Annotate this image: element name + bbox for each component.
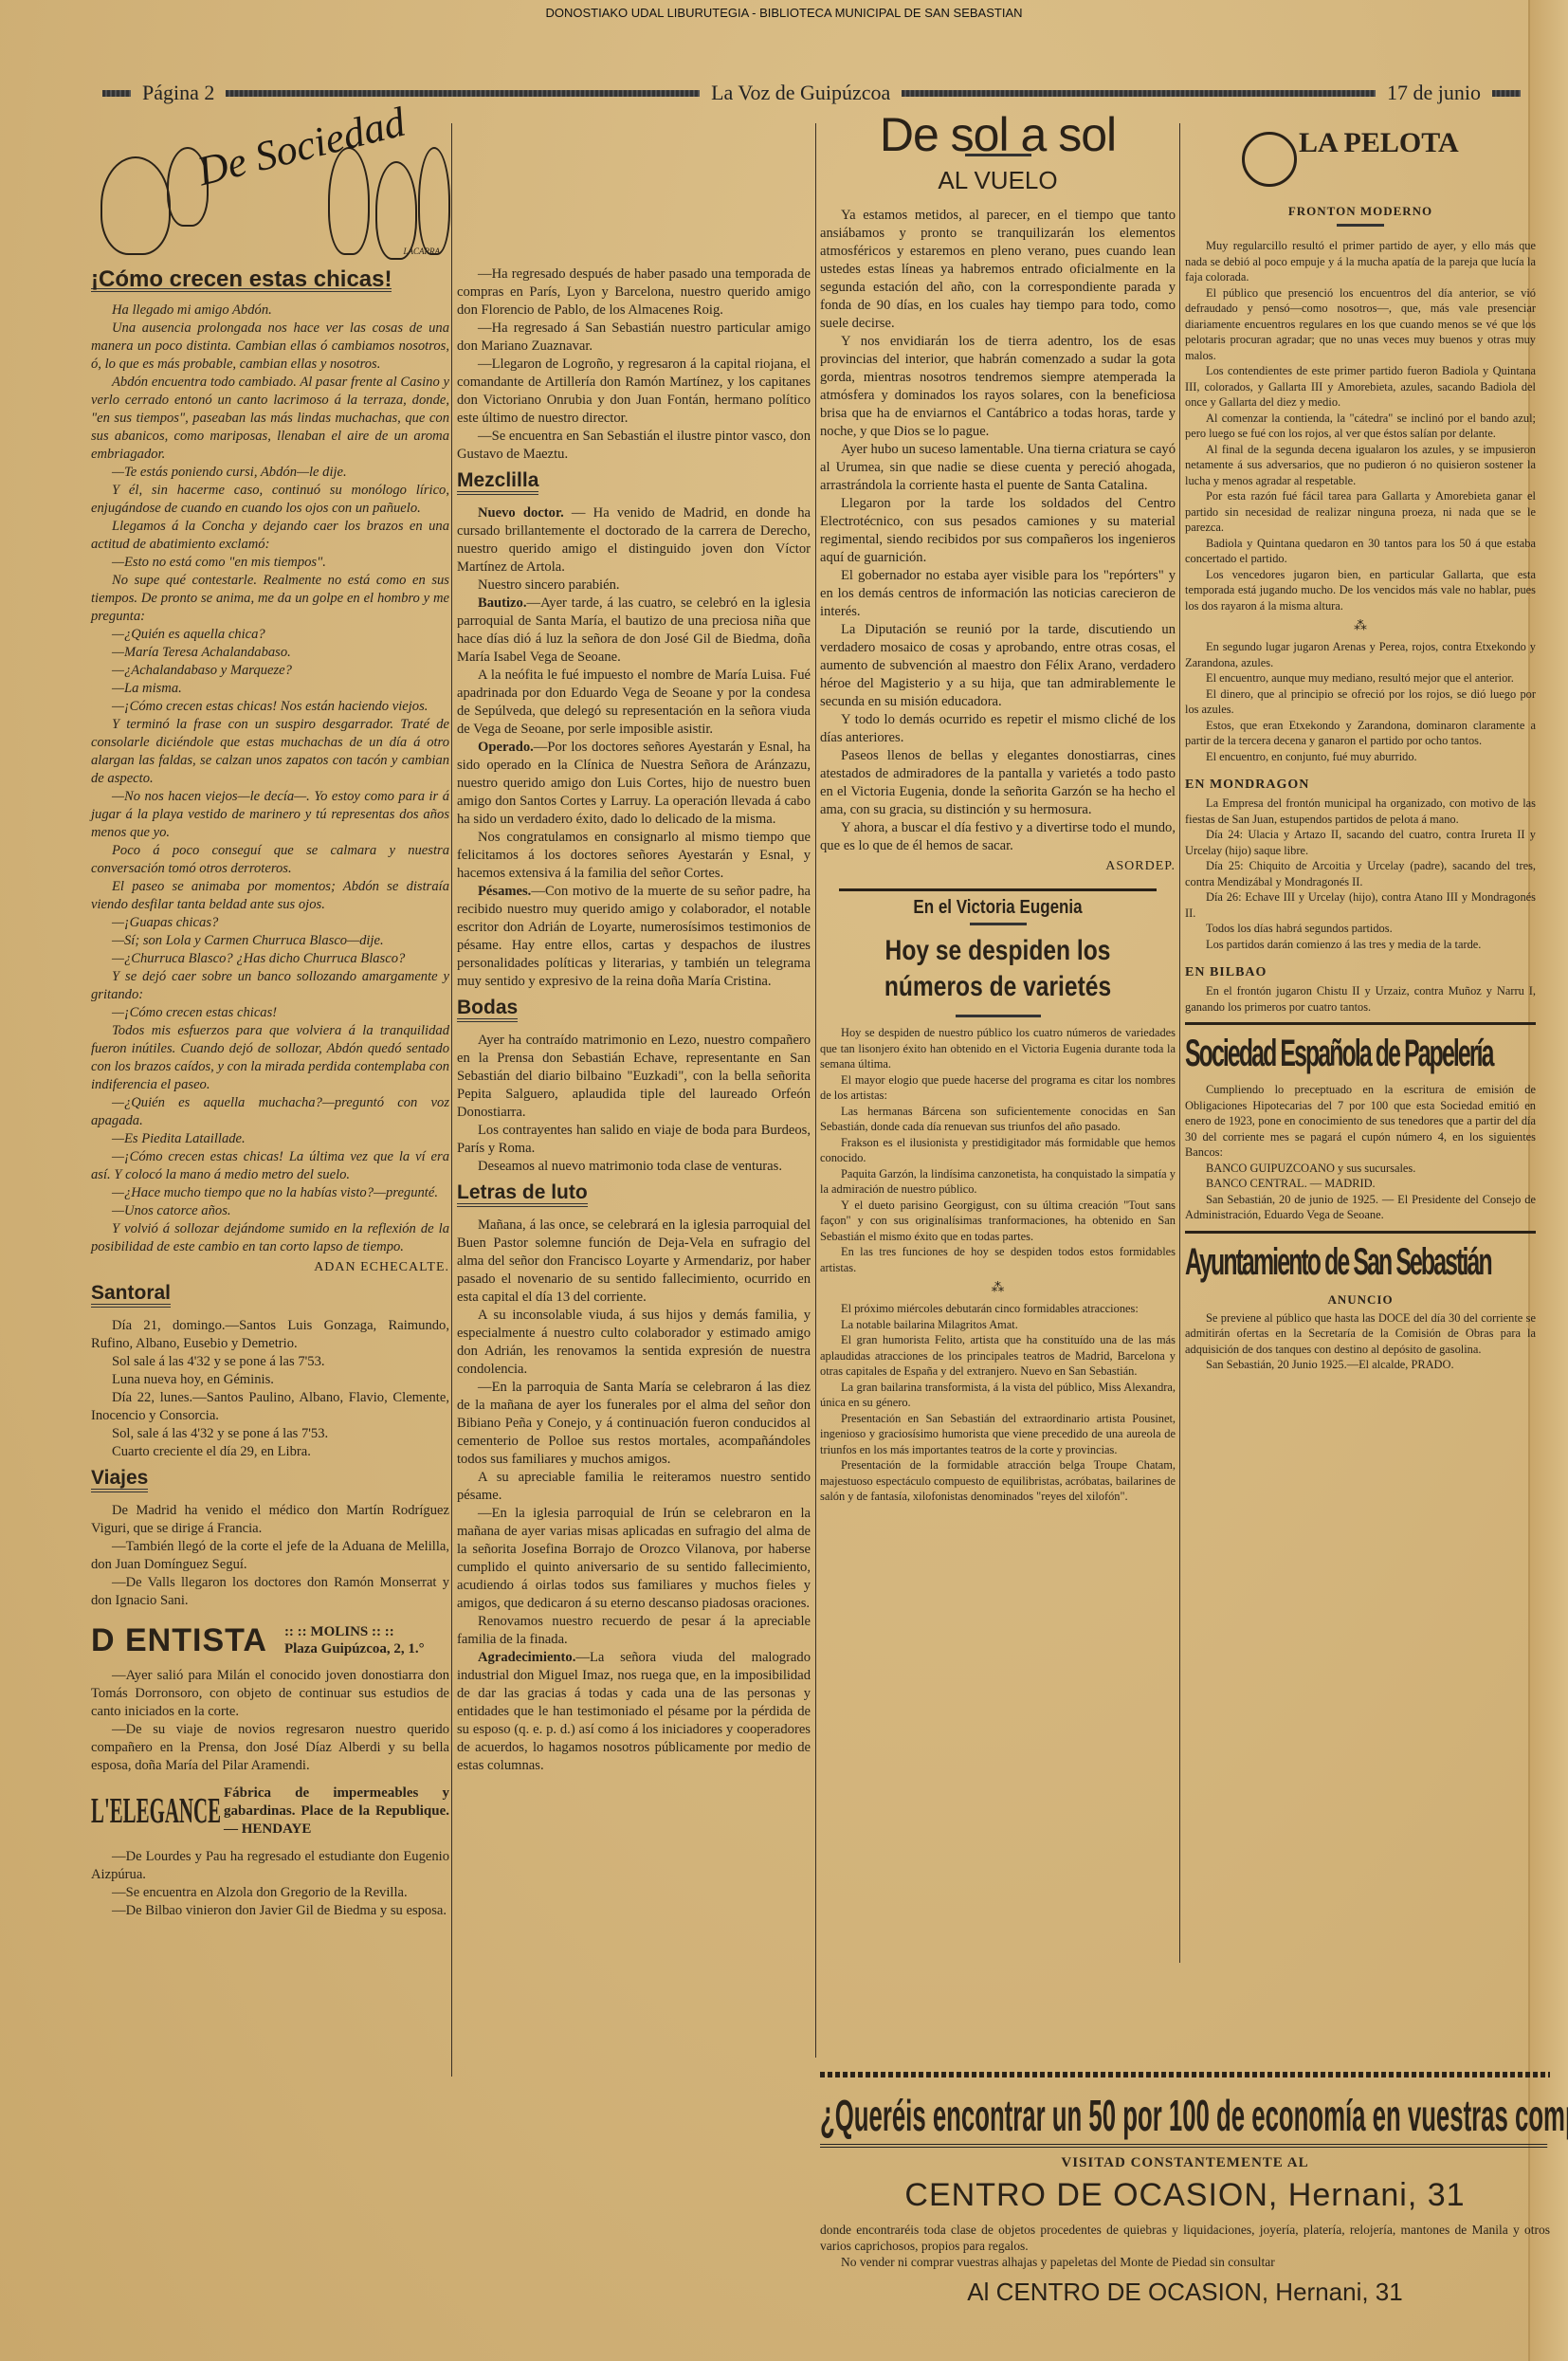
paragraph: —Se encuentra en Alzola don Gregorio de … [91,1884,449,1902]
victoria-kicker: En el Victoria Eugenia [847,899,1149,917]
paragraph: No supe qué contestarle. Realmente no es… [91,572,449,626]
masthead: Página 2 La Voz de Guipúzcoa 17 de junio [91,82,1532,104]
paragraph: El paseo se animaba por momentos; Abdón … [91,878,449,914]
paragraph: Y se dejó caer sobre un banco sollozando… [91,968,449,1004]
divider [839,888,1157,891]
dentista-details: :: :: MOLINS :: :: Plaza Guipúzcoa, 2, 1… [284,1623,425,1657]
section-subtitle: AL VUELO [820,172,1176,190]
ad-centro: CENTRO DE OCASION, Hernani, 31 [820,2177,1550,2214]
viajes-body: De Madrid ha venido el médico don Martín… [91,1502,449,1610]
masthead-rule [902,90,1376,97]
paragraph: —Ha regresado á San Sebastián nuestro pa… [457,320,811,356]
paragraph: Ayer hubo un suceso lamentable. Una tier… [820,441,1176,495]
paragraph: —¿Quién es aquella muchacha?—preguntó co… [91,1094,449,1130]
ayuntamiento-body: Se previene al público que hasta las DOC… [1185,1310,1536,1373]
divider [956,1015,1041,1017]
paragraph: —No nos hacen viejos—le decía—. Yo estoy… [91,788,449,842]
paragraph: Todos los días habrá segundos partidos. [1185,921,1536,937]
paragraph: Al comenzar la contienda, la "cátedra" s… [1185,411,1536,442]
paragraph: —Unos catorce años. [91,1202,449,1220]
paragraph: A su apreciable familia le reiteramos nu… [457,1469,811,1505]
paragraph: Y terminó la frase con un suspiro desgar… [91,716,449,788]
paragraph: El mayor elogio que puede hacerse del pr… [820,1072,1176,1104]
paragraph: —Ha regresado después de haber pasado un… [457,265,811,320]
masthead-rule [1492,90,1521,97]
paragraph: Bautizo.—Ayer tarde, á las cuatro, se ce… [457,595,811,667]
paragraph-lead: Nuevo doctor. [478,505,564,521]
paragraph: —Llegaron de Logroño, y regresaron á la … [457,356,811,428]
paragraph: La notable bailarina Milagritos Amat. [820,1317,1176,1333]
paragraph: Día 26: Echave III y Urcelay (hijo), con… [1185,889,1536,921]
papeleria-title: Sociedad Española de Papelería [1185,1033,1402,1074]
column-divider [815,123,816,2058]
paragraph: —María Teresa Achalandabaso. [91,644,449,662]
paragraph: —En la iglesia parroquial de Irún se cel… [457,1505,811,1613]
paragraph: —De Valls llegaron los doctores don Ramó… [91,1574,449,1610]
paragraph-lead: Agradecimiento. [478,1650,575,1665]
pelota-ball-icon [1242,132,1297,187]
paragraph: El gobernador no estaba ayer visible par… [820,567,1176,621]
elegance-ad: L'ELEGANCE Fábrica de impermeables y gab… [91,1784,449,1839]
paragraph: Agradecimiento.—La señora viuda del malo… [457,1649,811,1775]
paragraph: Nuestro sincero parabién. [457,577,811,595]
society-notes: —Ha regresado después de haber pasado un… [457,265,811,464]
paragraph: San Sebastián, 20 de junio de 1925. — El… [1185,1192,1536,1223]
paragraph: Y todo lo demás ocurrido es repetir el m… [820,711,1176,747]
section-title-bodas: Bodas [457,998,518,1022]
paragraph: La gran bailarina transformista, á la vi… [820,1380,1176,1411]
paragraph: Abdón encuentra todo cambiado. Al pasar … [91,374,449,464]
paragraph: Sol sale á las 4'32 y se pone á las 7'53… [91,1353,449,1371]
paragraph: Los contrayentes han salido en viaje de … [457,1122,811,1158]
paragraph: El gran humorista Felito, artista que ha… [820,1332,1176,1380]
paragraph: —En la parroquia de Santa María se celeb… [457,1379,811,1469]
illustration-figure-icon [418,147,450,255]
paragraph: Mañana, á las once, se celebrará en la i… [457,1217,811,1307]
paragraph-lead: Operado. [478,740,534,755]
article-title: ¡Cómo crecen estas chicas! [91,270,392,292]
paragraph: Y él, sin hacerme caso, continuó su monó… [91,482,449,518]
newspaper-name: La Voz de Guipúzcoa [711,81,890,105]
column-society-2: —Ha regresado después de haber pasado un… [457,265,811,1775]
paragraph: El próximo miércoles debutarán cinco for… [820,1301,1176,1317]
paragraph: —De Lourdes y Pau ha regresado el estudi… [91,1848,449,1884]
paragraph: Y nos envidiarán los de tierra adentro, … [820,333,1176,441]
paragraph: Cuarto creciente el día 29, en Libra. [91,1443,449,1461]
ad-centro-2: Al CENTRO DE OCASION, Hernani, 31 [820,2278,1550,2307]
paragraph: Día 22, lunes.—Santos Paulino, Albano, F… [91,1389,449,1425]
paragraph: Llegaron por la tarde los soldados del C… [820,495,1176,567]
al-vuelo-body: Ya estamos metidos, al parecer, en el ti… [820,207,1176,855]
paragraph: —¿Quién es aquella chica? [91,626,449,644]
paragraph: Sol, sale á las 4'32 y se pone á las 7'5… [91,1425,449,1443]
viajes-end: —De Lourdes y Pau ha regresado el estudi… [91,1848,449,1920]
paragraph: Estos, que eran Etxekondo y Zarandona, d… [1185,718,1536,749]
paragraph: Presentación en San Sebastián del extrao… [820,1411,1176,1458]
article-body: Ha llegado mi amigo Abdón.Una ausencia p… [91,302,449,1256]
illustration-figure-icon [328,147,370,255]
paragraph: Ha llegado mi amigo Abdón. [91,302,449,320]
paragraph: Muy regularcillo resultó el primer parti… [1185,238,1536,285]
column-divider [451,123,452,2077]
paragraph: Frakson es el ilusionista y prestidigita… [820,1135,1176,1166]
paragraph: Ayer ha contraído matrimonio en Lezo, nu… [457,1032,811,1122]
paragraph: —¿Churruca Blasco? ¿Has dicho Churruca B… [91,950,449,968]
elegance-name: L'ELEGANCE [91,1803,164,1821]
paragraph: Deseamos al nuevo matrimonio toda clase … [457,1158,811,1176]
asterism-icon: ⁂ [820,1279,1176,1297]
mondragon-title: EN MONDRAGON [1185,776,1536,794]
paragraph: La Empresa del frontón municipal ha orga… [1185,796,1536,827]
asterism-icon: ⁂ [1185,617,1536,635]
paragraph: —Se encuentra en San Sebastián el ilustr… [457,428,811,464]
ad-body-2: No vender ni comprar vuestras alhajas y … [820,2254,1550,2270]
section-title-de-sol-a-sol: De sol a sol [820,126,1176,144]
pelota-body-2: En segundo lugar jugaron Arenas y Perea,… [1185,639,1536,764]
article-signature: ASORDEP. [820,857,1176,875]
paragraph: —La misma. [91,680,449,698]
paragraph: Por esta razón fué fácil tarea para Gall… [1185,488,1536,536]
la-pelota-banner: LA PELOTA [1185,119,1536,194]
dentista-address: Plaza Guipúzcoa, 2, 1.° [284,1641,425,1656]
paragraph: —¿Achalandabaso y Marqueze? [91,662,449,680]
paragraph: La Diputación se reunió por la tarde, di… [820,621,1176,711]
paragraph: Renovamos nuestro recuerdo de pesar á la… [457,1613,811,1649]
luto-body: Mañana, á las once, se celebrará en la i… [457,1217,811,1775]
bilbao-title: EN BILBAO [1185,963,1536,981]
paragraph: Paquita Garzón, la lindísima canzonetist… [820,1166,1176,1198]
paragraph: Llegamos á la Concha y dejando caer los … [91,518,449,554]
mezclilla-body: Nuevo doctor. — Ha venido de Madrid, en … [457,504,811,991]
venue-title: FRONTON MODERNO [1185,202,1536,220]
paragraph: Y volvió á sollozar dejándome sumido en … [91,1220,449,1256]
dentista-name: D ENTISTA [91,1632,267,1650]
masthead-rule [226,90,700,97]
bodas-body: Ayer ha contraído matrimonio en Lezo, nu… [457,1032,811,1176]
paragraph: Se previene al público que hasta las DOC… [1185,1310,1536,1358]
victoria-body-2: El próximo miércoles debutarán cinco for… [820,1301,1176,1505]
paragraph: Día 25: Chiquito de Arcoitia y Urcelay (… [1185,858,1536,889]
paragraph: El público que presenció los encuentros … [1185,285,1536,364]
illustrator-signature: LACARRA [404,243,441,261]
section-title-de-sociedad: De Sociedad [196,112,407,181]
paragraph: Hoy se despiden de nuestro público los c… [820,1025,1176,1072]
column-divider [1179,123,1180,1963]
paragraph: —¡Cómo crecen estas chicas! Nos están ha… [91,698,449,716]
column-de-sol-a-sol: De sol a sol AL VUELO Ya estamos metidos… [820,119,1176,1505]
paragraph: Ya estamos metidos, al parecer, en el ti… [820,207,1176,333]
paragraph: San Sebastián, 20 Junio 1925.—El alcalde… [1185,1357,1536,1373]
library-banner: DONOSTIAKO UDAL LIBURUTEGIA - BIBLIOTECA… [0,6,1568,20]
paragraph: —Sí; son Lola y Carmen Churruca Blasco—d… [91,932,449,950]
paragraph: A la neófita le fué impuesto el nombre d… [457,667,811,739]
paragraph: —¡Cómo crecen estas chicas! La última ve… [91,1148,449,1184]
victoria-body: Hoy se despiden de nuestro público los c… [820,1025,1176,1275]
paragraph: Cumpliendo lo preceptuado en la escritur… [1185,1082,1536,1161]
divider [1337,224,1384,227]
paragraph: De Madrid ha venido el médico don Martín… [91,1502,449,1538]
paragraph: En las tres funciones de hoy se despiden… [820,1244,1176,1275]
paragraph: Una ausencia prolongada nos hace ver las… [91,320,449,374]
viajes-continued: —Ayer salió para Milán el conocido joven… [91,1667,449,1775]
elegance-text: Fábrica de impermeables y gabardinas. Pl… [224,1784,449,1839]
paragraph: BANCO GUIPUZCOANO y sus sucursales. [1185,1161,1536,1177]
paragraph: Luna nueva hoy, en Géminis. [91,1371,449,1389]
paragraph: —De Bilbao vinieron don Javier Gil de Bi… [91,1902,449,1920]
paragraph: Paseos llenos de bellas y elegantes dono… [820,747,1176,819]
paragraph: El encuentro, aunque muy mediano, result… [1185,670,1536,686]
paragraph: El encuentro, en conjunto, fué muy aburr… [1185,749,1536,765]
page-number: Página 2 [142,81,214,105]
paragraph: Y ahora, a buscar el día festivo y a div… [820,819,1176,855]
masthead-rule [102,90,131,97]
paragraph: Los vencedores jugaron bien, en particul… [1185,567,1536,614]
santoral-body: Día 21, domingo.—Santos Luis Gonzaga, Ra… [91,1317,449,1461]
paragraph: En segundo lugar jugaron Arenas y Perea,… [1185,639,1536,670]
divider [820,2072,1550,2077]
paragraph: Badiola y Quintana quedaron en 30 tantos… [1185,536,1536,567]
paragraph: Los partidos darán comienzo á las tres y… [1185,937,1536,953]
paragraph: —¡Cómo crecen estas chicas! [91,1004,449,1022]
dentista-ad: D ENTISTA :: :: MOLINS :: :: Plaza Guipú… [91,1623,449,1657]
paragraph: —Ayer salió para Milán el conocido joven… [91,1667,449,1721]
paragraph: —¿Hace mucho tiempo que no la habías vis… [91,1184,449,1202]
divider [1185,1231,1536,1234]
section-title-letras-de-luto: Letras de luto [457,1183,588,1207]
paragraph: Poco á poco conseguí que se calmara y nu… [91,842,449,878]
divider [1185,1022,1536,1025]
paragraph: Nuevo doctor. — Ha venido de Madrid, en … [457,504,811,577]
ad-visit: VISITAD CONSTANTEMENTE AL [820,2155,1550,2171]
dentista-doctor: :: :: MOLINS :: :: [284,1624,394,1639]
paragraph: Y el dueto parisino Georgigust, con su ú… [820,1198,1176,1245]
section-title-viajes: Viajes [91,1469,148,1492]
section-title-mezclilla: Mezclilla [457,471,538,495]
centro-de-ocasion-ad: ¿Queréis encontrar un 50 por 100 de econ… [820,2062,1550,2307]
ad-headline: ¿Queréis encontrar un 50 por 100 de econ… [820,2087,1547,2148]
mondragon-body: La Empresa del frontón municipal ha orga… [1185,796,1536,952]
papeleria-body: Cumpliendo lo preceptuado en la escritur… [1185,1082,1536,1223]
paragraph: Al final de la segunda decena igualaron … [1185,442,1536,489]
paragraph: Las hermanas Bárcena son suficientemente… [820,1104,1176,1135]
ayuntamiento-title: Ayuntamiento de San Sebastián [1185,1241,1402,1283]
column-society: De Sociedad LACARRA ¡Cómo crecen estas c… [91,119,449,1920]
paragraph: A su inconsolable viuda, á sus hijos y d… [457,1307,811,1379]
paragraph: —¡Guapas chicas? [91,914,449,932]
column-la-pelota: LA PELOTA FRONTON MODERNO Muy regularcil… [1185,119,1536,1373]
paragraph: Día 21, domingo.—Santos Luis Gonzaga, Ra… [91,1317,449,1353]
paragraph: Presentación de la formidable atracción … [820,1457,1176,1505]
paragraph: —De su viaje de novios regresaron nuestr… [91,1721,449,1775]
illustration-figure-icon [100,156,171,255]
paragraph: —Es Piedita Lataillade. [91,1130,449,1148]
article-signature: ADAN ECHECALTE. [91,1258,449,1276]
divider [970,923,1027,925]
paragraph: En el frontón jugaron Chistu II y Urzaiz… [1185,983,1536,1015]
bilbao-body: En el frontón jugaron Chistu II y Urzaiz… [1185,983,1536,1015]
paragraph: Nos congratulamos en consignarlo al mism… [457,829,811,883]
paragraph: Operado.—Por los doctores señores Ayesta… [457,739,811,829]
issue-date: 17 de junio [1387,81,1481,105]
paragraph: —También llegó de la corte el jefe de la… [91,1538,449,1574]
paragraph: Pésames.—Con motivo de la muerte de su s… [457,883,811,991]
paragraph-lead: Bautizo. [478,595,526,611]
paragraph: —Te estás poniendo cursi, Abdón—le dije. [91,464,449,482]
paragraph: Todos mis esfuerzos para que volviera á … [91,1022,449,1094]
paragraph: Día 24: Ulacia y Artazo II, sacando del … [1185,827,1536,858]
de-sociedad-illustration: De Sociedad LACARRA [91,119,449,261]
paragraph: El dinero, que al principio se ofreció p… [1185,686,1536,718]
paragraph-lead: Pésames. [478,884,531,899]
section-title-santoral: Santoral [91,1284,171,1308]
pelota-body: Muy regularcillo resultó el primer parti… [1185,238,1536,613]
paragraph: Los contendientes de este primer partido… [1185,363,1536,411]
section-title-la-pelota: LA PELOTA [1299,128,1459,158]
victoria-headline: Hoy se despiden los números de varietés [852,933,1144,1005]
paragraph: —Esto no está como "en mis tiempos". [91,554,449,572]
ayuntamiento-subtitle: ANUNCIO [1185,1290,1536,1309]
paragraph: BANCO CENTRAL. — MADRID. [1185,1176,1536,1192]
ad-body: donde encontraréis toda clase de objetos… [820,2222,1550,2254]
